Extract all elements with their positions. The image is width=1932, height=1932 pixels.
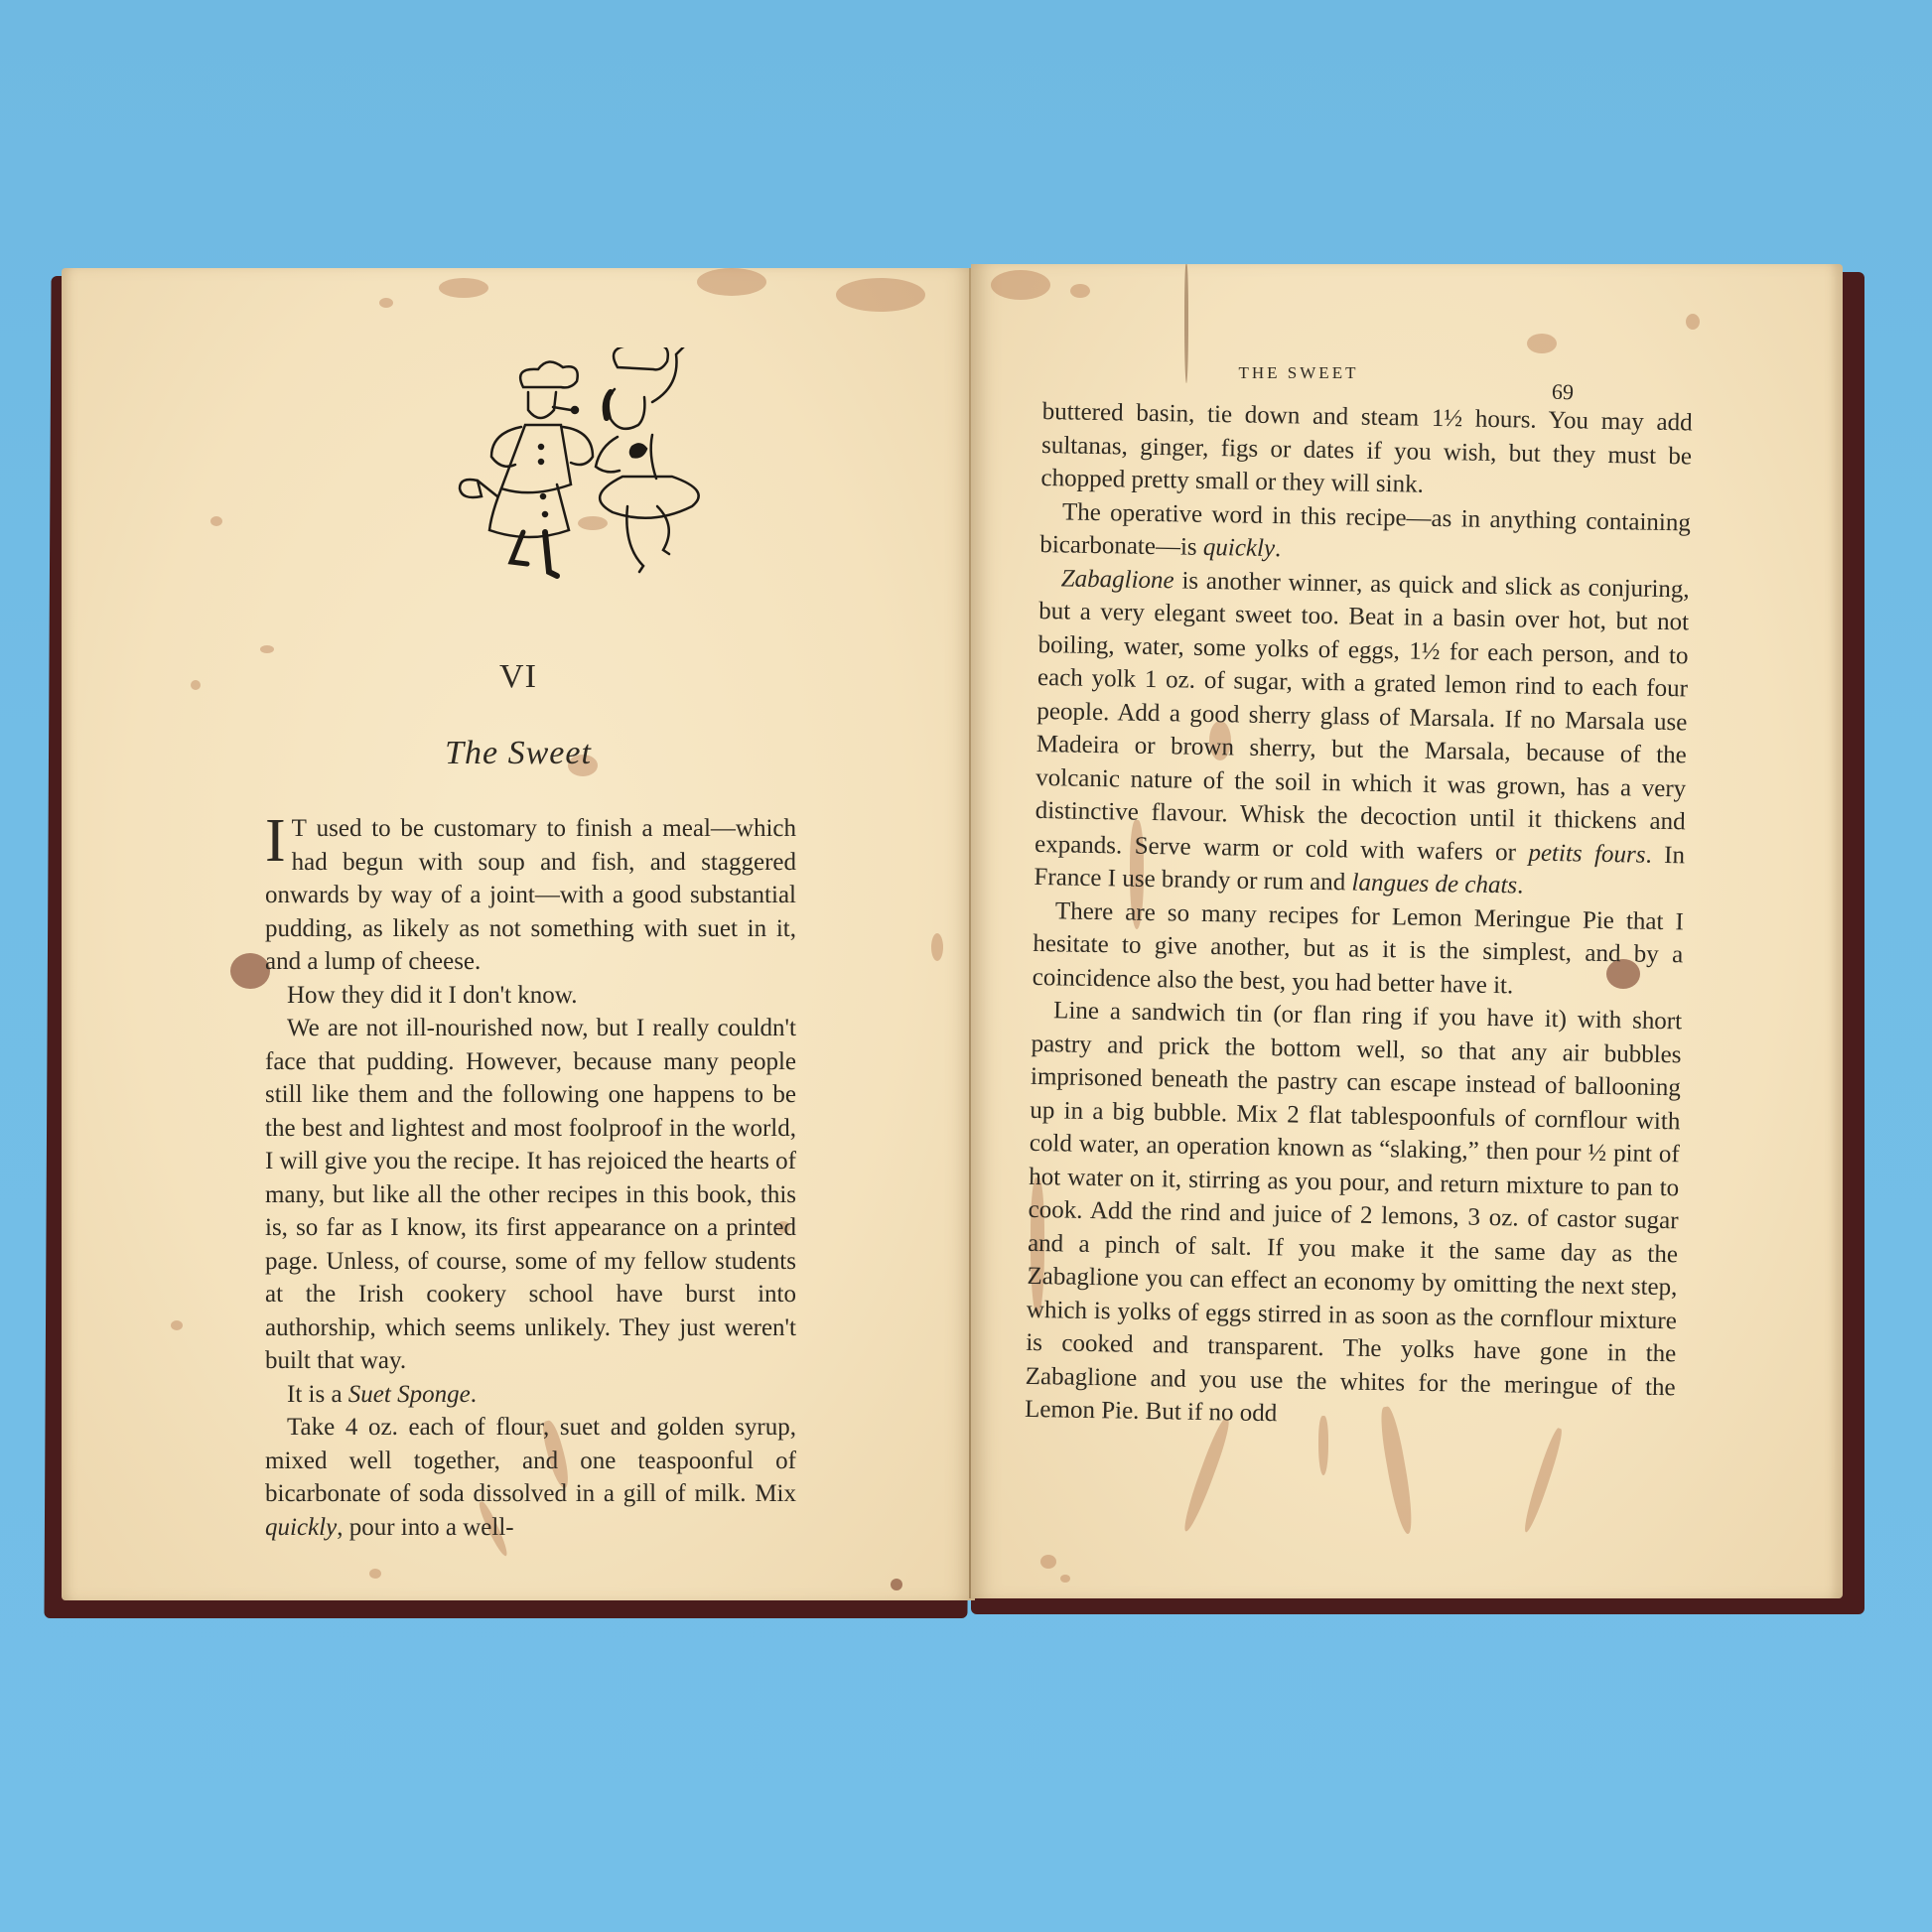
paragraph: How they did it I don't know. [265, 979, 796, 1013]
dancing-chefs-illustration [454, 347, 781, 625]
paragraph: It is a Suet Sponge. [265, 1378, 796, 1412]
paragraph: Zabaglione is another winner, as quick a… [1034, 561, 1690, 904]
paragraph: Take 4 oz. each of flour, suet and golde… [265, 1411, 796, 1544]
left-page: VI The Sweet IT used to be customary to … [62, 268, 975, 1600]
chapter-title: The Sweet [62, 735, 975, 772]
paragraph: There are so many recipes for Lemon Meri… [1032, 894, 1684, 1005]
paragraph: Line a sandwich tin (or flan ring if you… [1025, 994, 1683, 1438]
open-book: VI The Sweet IT used to be customary to … [48, 268, 1864, 1618]
left-page-body: IT used to be customary to finish a meal… [265, 812, 796, 1544]
page-number: 69 [1552, 379, 1575, 406]
right-page-body: buttered basin, tie down and steam 1½ ho… [1025, 395, 1693, 1438]
running-head: THE SWEET [971, 363, 1626, 383]
paragraph: buttered basin, tie down and steam 1½ ho… [1040, 395, 1693, 506]
paragraph: The operative word in this recipe—as in … [1039, 494, 1691, 572]
drop-cap: I [265, 816, 286, 866]
paragraph: IT used to be customary to finish a meal… [265, 812, 796, 979]
chapter-number: VI [62, 658, 975, 696]
right-page: THE SWEET 69 buttered basin, tie down an… [971, 264, 1843, 1598]
paragraph: We are not ill-nourished now, but I real… [265, 1012, 796, 1378]
